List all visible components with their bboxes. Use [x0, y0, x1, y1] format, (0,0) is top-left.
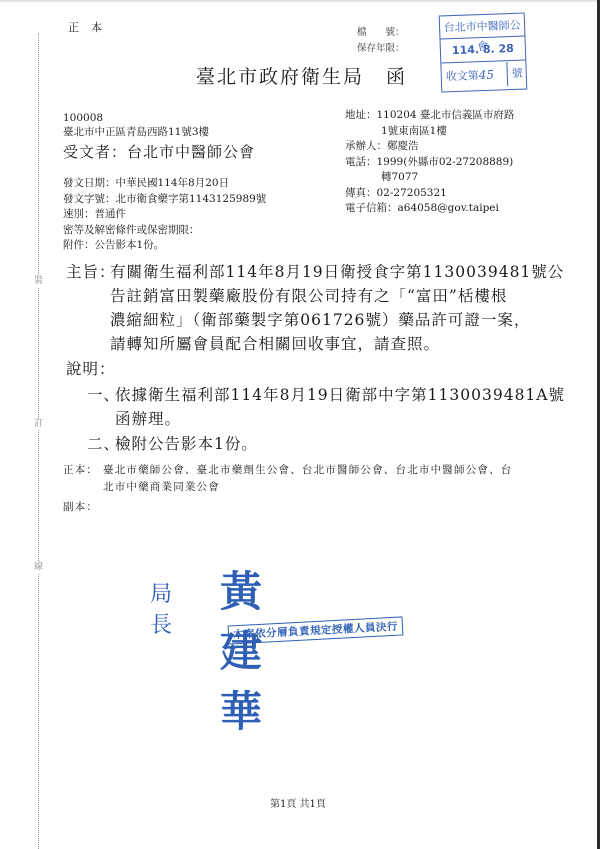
agency-name: 臺北市政府衛生局: [196, 66, 364, 88]
recipient: 受文者：台北市中醫師公會: [63, 141, 255, 162]
phone-line1: 電話：1999(外縣市02-27208889): [345, 155, 514, 171]
explanation-item-2-line-1: 檢附公告影本1份。: [115, 432, 258, 454]
handler: 承辦人：鄭慶浩: [345, 139, 514, 155]
sender-address: 臺北市中正區青島西路11號3樓: [63, 125, 209, 140]
original-recipients-line-2: 北市中藥商業同業公會: [103, 479, 220, 494]
agency-contact-info: 地址：110204 臺北市信義區市府路 1號東南區1樓 承辦人：鄭慶浩 電話：1…: [345, 108, 514, 217]
email[interactable]: 電子信箱：a64058@gov.taipei: [345, 201, 514, 217]
subject-label: 主旨：: [66, 260, 116, 282]
phone-line2: 轉7077: [345, 170, 514, 186]
stamp-receipt-suffix: 號: [506, 62, 523, 87]
stamp-receipt-number: 收文第45 號: [441, 62, 526, 89]
page-number: 第1頁 共1頁: [270, 795, 326, 810]
director-name-seal: 黃建華: [220, 559, 284, 739]
subject-line-4: 請轉知所屬會員配合相關回收事宜，請查照。: [110, 332, 440, 354]
file-number-label: 檔 號：: [357, 24, 405, 38]
explanation-item-1-line-2: 函辦理。: [115, 407, 181, 429]
original-recipients-label: 正本：: [63, 462, 98, 477]
delivery-speed: 速別：普通件: [63, 207, 266, 223]
binding-mark-ding: 訂: [33, 419, 44, 430]
explanation-label: 說明：: [66, 357, 116, 379]
document-title: 臺北市政府衛生局函: [196, 62, 407, 89]
document-number: 發文字號：北市衛食藥字第1143125989號: [63, 192, 266, 208]
subject-line-3: 濃縮細粒」（衛部藥製字第061726號）藥品許可證一案，: [110, 308, 530, 330]
binding-mark-zhuang: 裝: [33, 276, 44, 287]
fax: 傳真：02-27205321: [345, 186, 514, 202]
attachment: 附件：公告影本1份。: [63, 238, 266, 254]
retention-label: 保存年限：: [357, 40, 405, 54]
subject-line-1: 有關衛生福利部114年8月19日衛授食字第1130039481號公: [110, 260, 564, 282]
agency-address-line2: 1號東南區1樓: [345, 124, 514, 140]
agency-address-line1: 地址：110204 臺北市信義區市府路: [345, 108, 514, 124]
stamp-receipt-prefix: 收文第: [446, 69, 479, 83]
stamp-organization: 台北市中醫師公會: [440, 16, 525, 40]
page-top-edge: [0, 0, 600, 3]
sender-zip: 100008: [63, 111, 103, 126]
document-meta: 發文日期：中華民國114年8月20日 發文字號：北市衛食藥字第114312598…: [63, 176, 266, 254]
document-type: 函: [386, 66, 407, 88]
explanation-item-1-line-1: 依據衛生福利部114年8月19日衛部中字第1130039481A號: [115, 383, 565, 405]
subject-line-2: 告註銷富田製藥廠股份有限公司持有之「“富田”栝樓根: [110, 284, 507, 306]
original-recipients-line-1: 臺北市藥師公會、臺北市藥劑生公會、台北市醫師公會、台北市中醫師公會、台: [103, 462, 513, 477]
confidentiality: 密等及解密條件或保密期限：: [63, 223, 266, 239]
issue-date: 發文日期：中華民國114年8月20日: [63, 176, 266, 192]
stamp-date: 114. 8. 28: [441, 38, 526, 64]
director-title: 局長: [150, 577, 173, 639]
binding-mark-xian: 線: [33, 562, 44, 573]
copy-recipients-label: 副本：: [63, 499, 98, 514]
copy-type: 正本: [68, 19, 114, 35]
binding-line: [38, 33, 39, 849]
receipt-stamp: 台北市中醫師公會 114. 8. 28 收文第45 號: [439, 13, 528, 93]
stamp-receipt-value: 45: [479, 68, 495, 83]
